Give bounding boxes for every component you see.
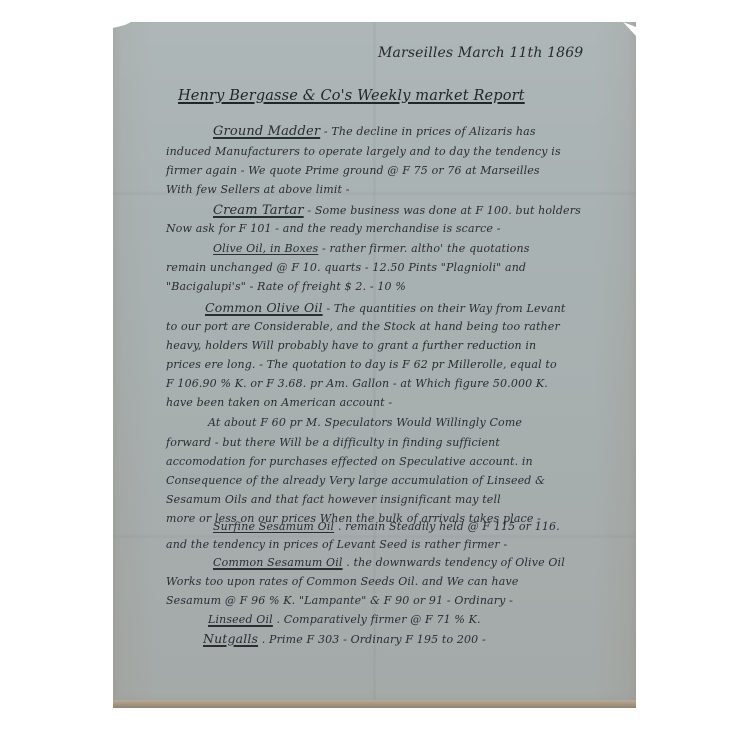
section-olive-oil-boxes: Olive Oil, in Boxes - rather firmer. alt… xyxy=(213,242,530,255)
section-heading: Cream Tartar xyxy=(213,203,304,218)
section-heading: Common Olive Oil xyxy=(205,300,323,315)
text-line: prices ere long. - The quotation to day … xyxy=(166,358,557,371)
text-line: Sesamum Oils and that fact however insig… xyxy=(166,493,501,506)
section-heading: Ground Madder xyxy=(213,124,320,139)
text-line: and the tendency in prices of Levant See… xyxy=(166,538,507,551)
section-cream-tartar: Cream Tartar - Some business was done at… xyxy=(213,203,581,218)
text-line: heavy, holders Will probably have to gra… xyxy=(166,339,536,352)
section-nutgalls: Nutgalls . Prime F 303 - Ordinary F 195 … xyxy=(203,631,486,646)
text-line: firmer again - We quote Prime ground @ F… xyxy=(166,164,540,177)
text-line: induced Manufacturers to operate largely… xyxy=(166,145,561,158)
section-heading: Nutgalls xyxy=(203,631,258,646)
section-common-sesamum-oil: Common Sesamum Oil . the downwards tende… xyxy=(213,556,565,569)
dateline-date: March 11th 1869 xyxy=(458,45,583,61)
section-text: . Comparatively firmer @ F 71 % K. xyxy=(276,613,480,626)
text-line: At about F 60 pr M. Speculators Would Wi… xyxy=(208,416,522,429)
section-text: - The quantities on their Way from Levan… xyxy=(326,302,565,315)
section-heading: Surfine Sesamum Oil xyxy=(213,520,334,533)
section-text: - The decline in prices of Alizaris has xyxy=(324,125,536,138)
section-text: - Some business was done at F 100. but h… xyxy=(307,204,581,217)
section-surfine-sesamum-oil: Surfine Sesamum Oil . remain Steadily he… xyxy=(213,520,560,533)
text-line: Now ask for F 101 - and the ready mercha… xyxy=(166,222,501,235)
section-common-olive-oil: Common Olive Oil - The quantities on the… xyxy=(205,300,566,315)
report-title: Henry Bergasse & Co's Weekly market Repo… xyxy=(178,88,525,104)
text-line: remain unchanged @ F 10. quarts - 12.50 … xyxy=(166,261,526,274)
section-heading: Common Sesamum Oil xyxy=(213,556,343,569)
section-text: . Prime F 303 - Ordinary F 195 to 200 - xyxy=(262,633,486,646)
text-line: F 106.90 % K. or F 3.68. pr Am. Gallon -… xyxy=(166,377,548,390)
text-line: Works too upon rates of Common Seeds Oil… xyxy=(166,575,519,588)
dateline: Marseilles March 11th 1869 xyxy=(378,45,583,61)
text-line: Consequence of the already Very large ac… xyxy=(166,474,545,487)
section-ground-madder: Ground Madder - The decline in prices of… xyxy=(213,124,536,139)
text-line: With few Sellers at above limit - xyxy=(166,183,350,196)
section-text: . the downwards tendency of Olive Oil xyxy=(346,556,565,569)
section-heading: Olive Oil, in Boxes xyxy=(213,242,318,255)
section-heading: Linseed Oil xyxy=(208,613,273,626)
text-line: Sesamum @ F 96 % K. "Lampante" & F 90 or… xyxy=(166,594,513,607)
text-line: forward - but there Will be a difficulty… xyxy=(166,436,500,449)
paper-bottom-edge xyxy=(113,700,636,708)
dateline-place: Marseilles xyxy=(378,45,453,61)
section-text: . remain Steadily held @ F 115 or 116. xyxy=(338,520,560,533)
text-line: to our port are Considerable, and the St… xyxy=(166,320,560,333)
text-line: have been taken on American account - xyxy=(166,396,392,409)
section-linseed-oil: Linseed Oil . Comparatively firmer @ F 7… xyxy=(208,613,481,626)
text-line: accomodation for purchases effected on S… xyxy=(166,455,533,468)
text-line: "Bacigalupi's" - Rate of freight $ 2. - … xyxy=(166,280,406,293)
section-text: - rather firmer. altho' the quotations xyxy=(322,242,530,255)
